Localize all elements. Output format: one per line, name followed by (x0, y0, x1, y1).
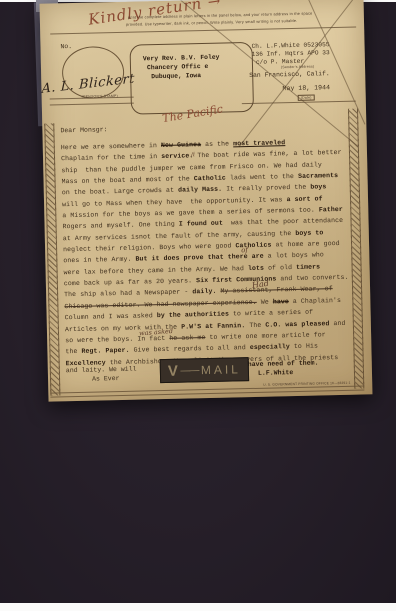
body-text-segment: Mass on the boat and most of the (61, 175, 193, 185)
salutation: Dear Monsgr: (60, 126, 107, 134)
closing-right: have need of them. (248, 359, 319, 368)
body-text-segment: boys to (295, 229, 323, 237)
body-text-segment: and (329, 319, 345, 326)
body-text-segment: especially (250, 343, 290, 351)
body-text-segment: by the authorities (157, 311, 229, 320)
body-text-segment: lads went to the (226, 173, 298, 182)
body-text-segment: The (245, 321, 265, 328)
vmail-letter-v: V (168, 362, 178, 379)
body-text-segment: lots (248, 264, 264, 271)
sender-line-4: San Francisco, Calif. (249, 70, 330, 79)
date-underline (242, 101, 356, 105)
censor-underline-2 (50, 103, 134, 106)
closing-left: and laity. We will (66, 366, 137, 375)
body-text-segment: to His (290, 343, 318, 351)
body-text-segment: Rogers and myself. One thing (63, 221, 179, 231)
recipient-line-3: Dubuque, Iowa (151, 72, 201, 80)
recipient-line-2: Chancery Offic e (147, 63, 209, 71)
body-text-segment: as the (201, 140, 233, 148)
body-text-segment: at home are good (271, 240, 339, 249)
body-text-segment: Chaplain for the time in (61, 153, 161, 162)
body-text-segment: daily. (192, 288, 216, 296)
body-text-segment: to write one more article for (205, 331, 325, 341)
body-text-segment: We (257, 298, 273, 305)
body-lines: Here we are somewhere in New Guinea as t… (61, 136, 362, 370)
letter-document: Kindly return → print the complete addre… (40, 0, 373, 402)
body-text-segment: ones in the Army. (63, 256, 135, 265)
body-text-segment: and two converts. (276, 274, 348, 283)
body-text-segment: boys (310, 184, 326, 191)
body-text-segment: Catholic (194, 175, 226, 183)
body-text-segment: service. (161, 153, 193, 161)
body-text-segment: a Chaplain's (289, 297, 341, 305)
sender-line-2: 136 Inf. Hqtrs APO 33 (252, 49, 330, 58)
handwritten-note-of: of (241, 246, 248, 254)
body-text-segment: Sacraments (298, 172, 338, 180)
body-text-segment: P.W'S at Fannin. (181, 322, 245, 330)
body-text-segment: I found out (179, 220, 223, 228)
body-text-segment: he ask me (169, 334, 205, 342)
hatch-border-left (44, 123, 60, 395)
body-text-segment: daily Mass. (178, 186, 222, 194)
body-text-segment: New Guinea (161, 141, 201, 149)
body-text-segment: the (65, 348, 81, 355)
body-text-segment: timers (296, 263, 320, 271)
body-text-segment: C.O. was pleased (265, 320, 329, 328)
body-text-segment: The ship also had a Newspaper - (64, 289, 192, 299)
screenshot-stage: Kindly return → print the complete addre… (0, 0, 396, 611)
closing-signature: L.F.White (258, 369, 294, 377)
body-text-segment: Give best regards to all and (129, 344, 249, 354)
body-text-segment: of old (264, 264, 296, 272)
body-text-segment: Column and I was asked (65, 312, 157, 321)
handwritten-note-insert-i: /i (191, 151, 195, 158)
body-text-segment: a sort of (286, 195, 322, 203)
body-text-segment: The boat ride was fine, a lot better (193, 149, 341, 159)
body-text-segment: Father (319, 206, 343, 214)
closing-as-ever: As Ever (92, 375, 120, 383)
body-text-segment: have (273, 298, 289, 305)
vmail-dash: ―― (180, 365, 198, 376)
body-text-segment: Here we are somewhere in (61, 142, 161, 151)
body-text-segment: But it does prove that there are (135, 253, 263, 263)
body-text-segment: It really proved the (222, 184, 310, 193)
body-text-segment: was that the poor attendance (223, 217, 343, 227)
vmail-letters-mail: MAIL (201, 362, 241, 377)
body-text-segment: to write a series of (229, 309, 313, 318)
vmail-stamp: V ―― MAIL (160, 357, 250, 383)
no-label: No. (60, 43, 72, 50)
photo-backdrop: Kindly return → print the complete addre… (0, 2, 396, 603)
body-text-segment: most traveled (233, 139, 285, 147)
body-text-segment: Regt. Paper. (81, 347, 129, 355)
body-text-segment: a lot boys who (264, 252, 324, 260)
body-text-segment: come back up as far as 20 years. (64, 277, 196, 287)
body-text-segment: on the boat. Large crowds at (62, 187, 178, 197)
censor-underline-1 (50, 97, 134, 100)
body-text-segment: My assistant, Frank Wear, of (220, 286, 332, 296)
